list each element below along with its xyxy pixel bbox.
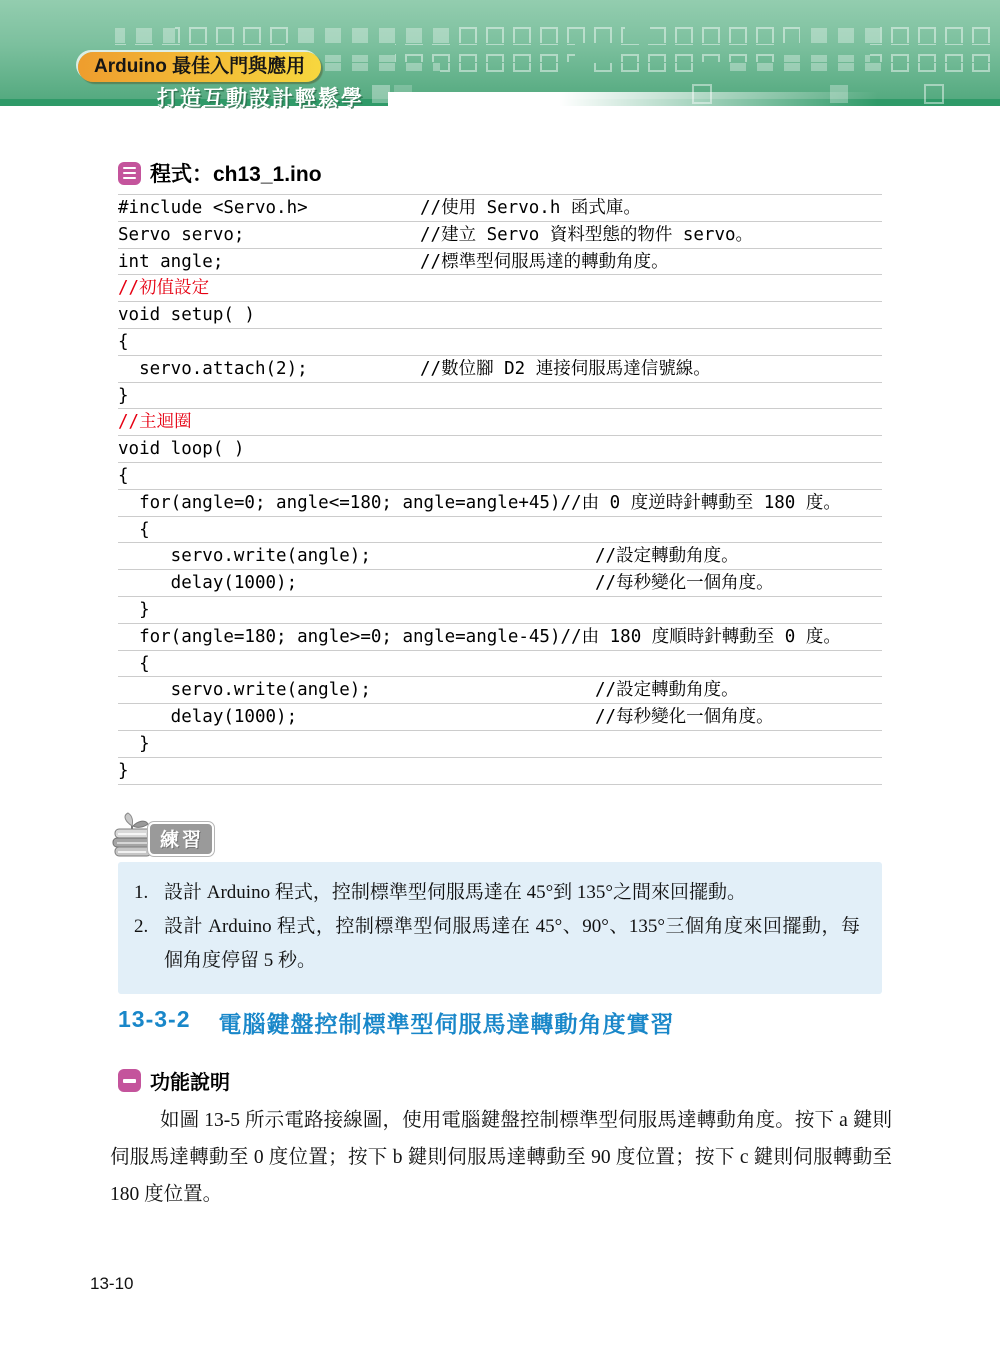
body-paragraph: 如圖 13-5 所示電路接線圖，使用電腦鍵盤控制標準型伺服馬達轉動角度。按下 a… (110, 1102, 892, 1213)
practice-label: 練習 (148, 822, 214, 856)
code-row: { (118, 463, 882, 490)
code-row: delay(1000);//每秒變化一個角度。 (118, 570, 882, 597)
book-subtitle: 打造互動設計輕鬆學 (157, 82, 364, 112)
list-icon (118, 162, 141, 185)
program-title-row: 程式：ch13_1.ino (118, 158, 322, 188)
code-row-comment: //初值設定 (118, 275, 882, 302)
code-row: servo.write(angle);//設定轉動角度。 (118, 677, 882, 704)
code-row: delay(1000);//每秒變化一個角度。 (118, 704, 882, 731)
code-row: void setup( ) (118, 302, 882, 329)
code-row: Servo servo;//建立 Servo 資料型態的物件 servo。 (118, 222, 882, 249)
section-number: 13-3-2 (118, 1006, 190, 1039)
code-row: { (118, 517, 882, 544)
practice-item: 1. 設計 Arduino 程式，控制標準型伺服馬達在 45°到 135°之間來… (134, 876, 860, 910)
program-title: 程式：ch13_1.ino (150, 158, 322, 188)
book-title-badge: Arduino 最佳入門與應用 (78, 52, 321, 82)
code-row: } (118, 597, 882, 624)
practice-header: 練習 (112, 812, 214, 858)
code-row: for(angle=180; angle>=0; angle=angle-45)… (118, 624, 882, 651)
code-row-comment: //主迴圈 (118, 409, 882, 436)
page-header-banner: Arduino 最佳入門與應用 打造互動設計輕鬆學 (0, 0, 1000, 106)
code-row: for(angle=0; angle<=180; angle=angle+45)… (118, 490, 882, 517)
code-row: #include <Servo.h>//使用 Servo.h 函式庫。 (118, 195, 882, 222)
section-heading: 13-3-2 電腦鍵盤控制標準型伺服馬達轉動角度實習 (118, 1006, 674, 1039)
subsection-title: 功能說明 (150, 1066, 230, 1095)
code-row: servo.write(angle);//設定轉動角度。 (118, 543, 882, 570)
code-row: } (118, 758, 882, 785)
practice-box: 1. 設計 Arduino 程式，控制標準型伺服馬達在 45°到 135°之間來… (118, 862, 882, 994)
minus-icon (118, 1069, 141, 1092)
code-row: servo.attach(2);//數位腳 D2 連接伺服馬達信號線。 (118, 356, 882, 383)
code-row: void loop( ) (118, 436, 882, 463)
code-row: { (118, 329, 882, 356)
section-title: 電腦鍵盤控制標準型伺服馬達轉動角度實習 (218, 1006, 674, 1039)
white-swoosh-decoration (388, 92, 878, 113)
page-number: 13-10 (90, 1274, 133, 1294)
subsection-header: 功能說明 (118, 1066, 230, 1095)
code-row: { (118, 651, 882, 678)
book-page: Arduino 最佳入門與應用 打造互動設計輕鬆學 程式：ch13_1.ino … (0, 0, 1000, 1356)
practice-item: 2. 設計 Arduino 程式，控制標準型伺服馬達在 45°、90°、135°… (134, 910, 860, 978)
code-row: } (118, 731, 882, 758)
code-row: } (118, 383, 882, 410)
code-row: int angle;//標準型伺服馬達的轉動角度。 (118, 249, 882, 276)
code-listing: #include <Servo.h>//使用 Servo.h 函式庫。 Serv… (118, 194, 882, 785)
